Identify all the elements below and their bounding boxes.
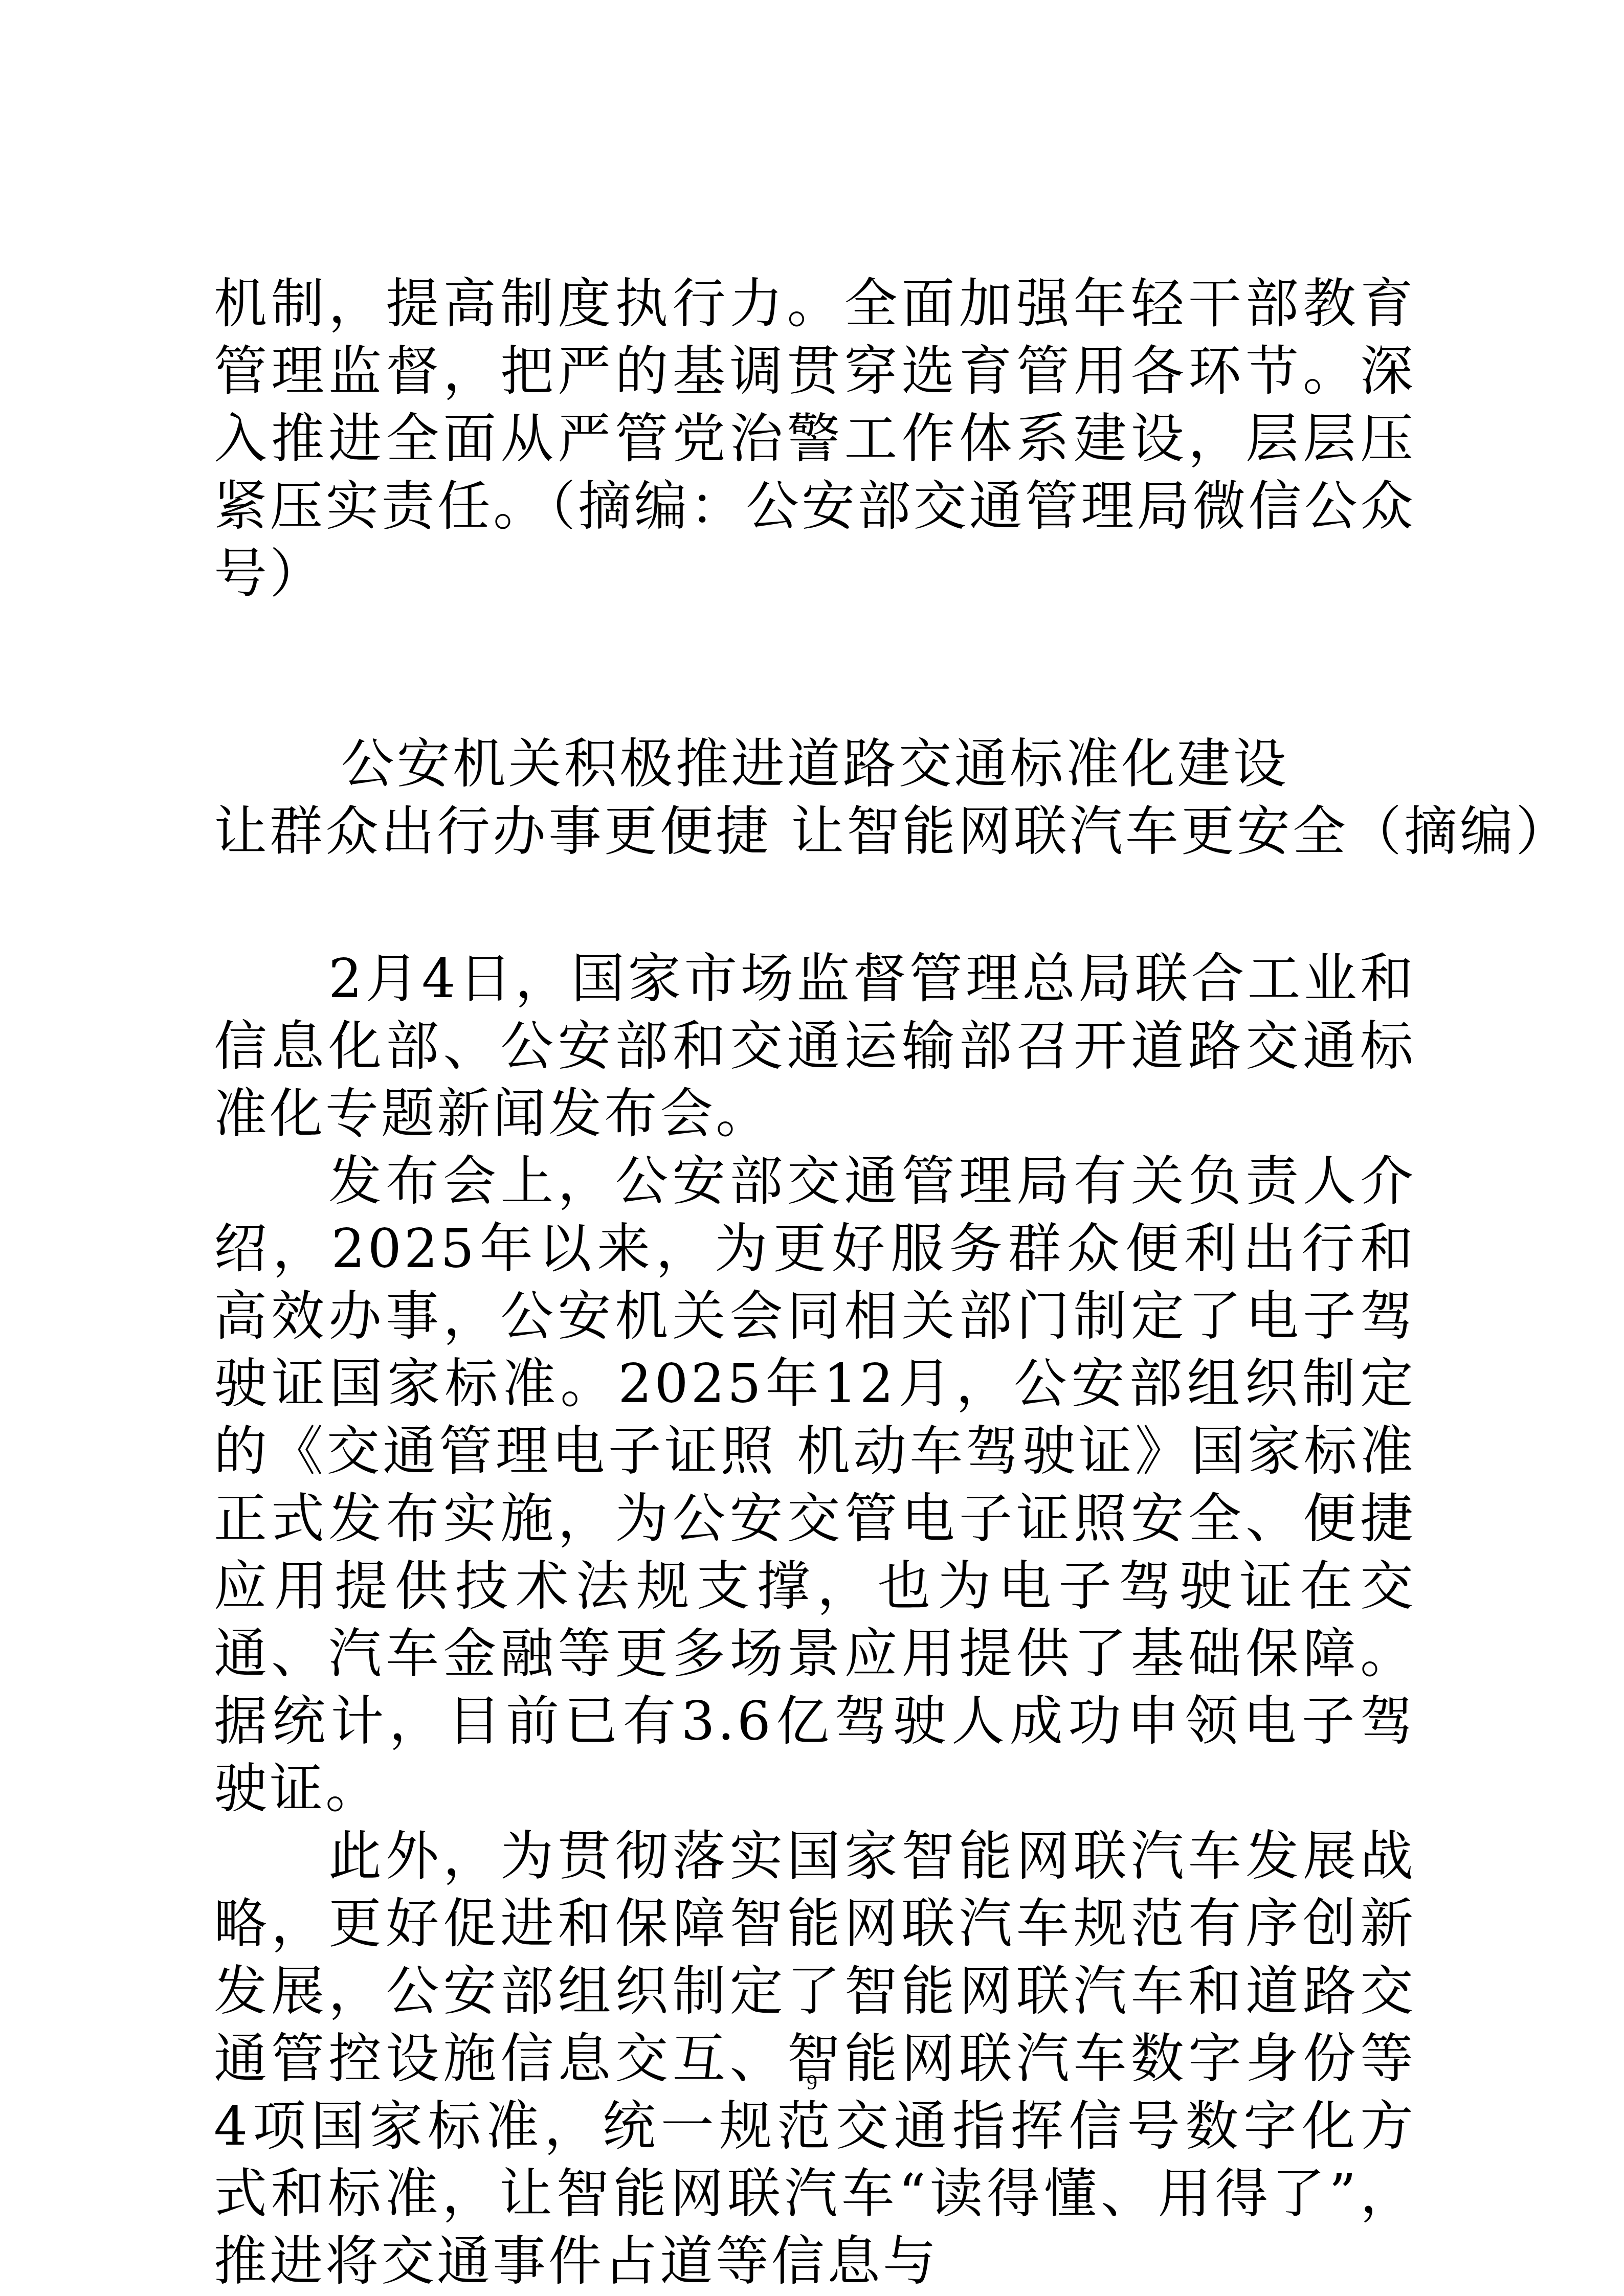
body-paragraph: 此外，为贯彻落实国家智能网联汽车发展战略，更好促进和保障智能网联汽车规范有序创新… bbox=[214, 1822, 1416, 2295]
article-title-line-2: 让群众出行办事更便捷 让智能网联汽车更安全（摘编） bbox=[214, 798, 1416, 865]
page-number: 9 bbox=[0, 2070, 1624, 2096]
body-paragraph: 发布会上，公安部交通管理局有关负责人介绍，2025年以来，为更好服务群众便利出行… bbox=[214, 1147, 1416, 1822]
article-title-line-1: 公安机关积极推进道路交通标准化建设 bbox=[214, 730, 1416, 798]
document-page: 机制，提高制度执行力。全面加强年轻干部教育管理监督，把严的基调贯穿选育管用各环节… bbox=[0, 0, 1624, 2296]
lead-in-paragraph: 机制，提高制度执行力。全面加强年轻干部教育管理监督，把严的基调贯穿选育管用各环节… bbox=[214, 270, 1416, 607]
article-title: 公安机关积极推进道路交通标准化建设 让群众出行办事更便捷 让智能网联汽车更安全（… bbox=[214, 730, 1416, 865]
body-paragraph: 2月4日，国家市场监督管理总局联合工业和信息化部、公安部和交通运输部召开道路交通… bbox=[214, 945, 1416, 1147]
previous-article-tail: 机制，提高制度执行力。全面加强年轻干部教育管理监督，把严的基调贯穿选育管用各环节… bbox=[214, 270, 1416, 607]
